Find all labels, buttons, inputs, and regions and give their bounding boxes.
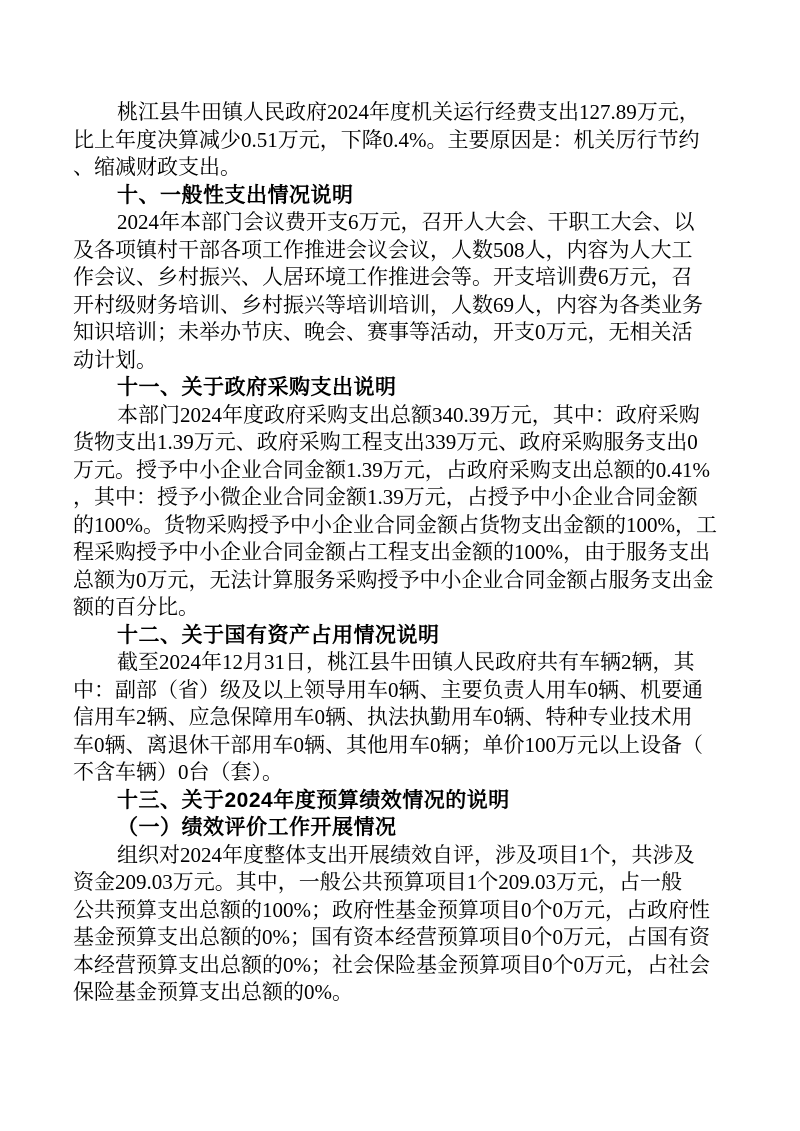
para-procurement: 本部门2024年度政府采购支出总额340.39万元，其中：政府采购货物支出1.3… (73, 402, 749, 622)
heading-section-13-1: （一）绩效评价工作开展情况 (73, 814, 749, 842)
text-line: 十二、关于国有资产占用情况说明 (73, 622, 749, 650)
text-line: 总额为0万元，无法计算服务采购授予中小企业合同金额占服务支出金 (73, 567, 749, 595)
para-performance-self-evaluation: 组织对2024年度整体支出开展绩效自评，涉及项目1个，共涉及资金209.03万元… (73, 842, 749, 1007)
text-line: （一）绩效评价工作开展情况 (73, 814, 749, 842)
heading-section-11: 十一、关于政府采购支出说明 (73, 374, 749, 402)
document-content: 桃江县牛田镇人民政府2024年度机关运行经费支出127.89万元，比上年度决算减… (73, 99, 749, 1007)
text-line: 额的百分比。 (73, 594, 749, 622)
text-line: 2024年本部门会议费开支6万元，召开人大会、干职工大会、以 (73, 209, 749, 237)
text-line: 中：副部（省）级及以上领导用车0辆、主要负责人用车0辆、机要通 (73, 677, 749, 705)
text-line: 不含车辆）0台（套）。 (73, 759, 749, 787)
text-line: 资金209.03万元。其中，一般公共预算项目1个209.03万元，占一般 (73, 869, 749, 897)
text-line: 车0辆、离退休干部用车0辆、其他用车0辆；单价100万元以上设备（ (73, 732, 749, 760)
text-line: 十三、关于2024年度预算绩效情况的说明 (73, 787, 749, 815)
text-line: 桃江县牛田镇人民政府2024年度机关运行经费支出127.89万元， (73, 99, 749, 127)
text-line: 开村级财务培训、乡村振兴等培训培训，人数69人，内容为各类业务 (73, 292, 749, 320)
text-line: 本经营预算支出总额的0%；社会保险基金预算项目0个0万元，占社会 (73, 952, 749, 980)
text-line: 组织对2024年度整体支出开展绩效自评，涉及项目1个，共涉及 (73, 842, 749, 870)
text-line: 十、一般性支出情况说明 (73, 182, 749, 210)
text-line: 动计划。 (73, 347, 749, 375)
para-agency-operating-expense: 桃江县牛田镇人民政府2024年度机关运行经费支出127.89万元，比上年度决算减… (73, 99, 749, 182)
text-line: 万元。授予中小企业合同金额1.39万元，占政府采购支出总额的0.41% (73, 457, 749, 485)
text-line: 截至2024年12月31日，桃江县牛田镇人民政府共有车辆2辆，其 (73, 649, 749, 677)
heading-section-13: 十三、关于2024年度预算绩效情况的说明 (73, 787, 749, 815)
text-line: 保险基金预算支出总额的0%。 (73, 979, 749, 1007)
text-line: 比上年度决算减少0.51万元，下降0.4%。主要原因是：机关厉行节约 (73, 127, 749, 155)
text-line: 信用车2辆、应急保障用车0辆、执法执勤用车0辆、特种专业技术用 (73, 704, 749, 732)
text-line: 货物支出1.39万元、政府采购工程支出339万元、政府采购服务支出0 (73, 429, 749, 457)
text-line: 的100%。货物采购授予中小企业合同金额占货物支出金额的100%，工 (73, 512, 749, 540)
text-line: 及各项镇村干部各项工作推进会议会议，人数508人，内容为人大工 (73, 237, 749, 265)
text-line: 程采购授予中小企业合同金额占工程支出金额的100%，由于服务支出 (73, 539, 749, 567)
text-line: 本部门2024年度政府采购支出总额340.39万元，其中：政府采购 (73, 402, 749, 430)
heading-section-10: 十、一般性支出情况说明 (73, 182, 749, 210)
text-line: 、缩减财政支出。 (73, 154, 749, 182)
para-state-assets: 截至2024年12月31日，桃江县牛田镇人民政府共有车辆2辆，其中：副部（省）级… (73, 649, 749, 787)
document-page: 桃江县牛田镇人民政府2024年度机关运行经费支出127.89万元，比上年度决算减… (0, 0, 800, 1131)
text-line: 十一、关于政府采购支出说明 (73, 374, 749, 402)
text-line: 作会议、乡村振兴、人居环境工作推进会等。开支培训费6万元，召 (73, 264, 749, 292)
para-general-expense: 2024年本部门会议费开支6万元，召开人大会、干职工大会、以及各项镇村干部各项工… (73, 209, 749, 374)
text-line: 基金预算支出总额的0%；国有资本经营预算项目0个0万元，占国有资 (73, 924, 749, 952)
heading-section-12: 十二、关于国有资产占用情况说明 (73, 622, 749, 650)
text-line: 知识培训；未举办节庆、晚会、赛事等活动，开支0万元，无相关活 (73, 319, 749, 347)
text-line: 公共预算支出总额的100%；政府性基金预算项目0个0万元，占政府性 (73, 897, 749, 925)
text-line: ，其中：授予小微企业合同金额1.39万元，占授予中小企业合同金额 (73, 484, 749, 512)
